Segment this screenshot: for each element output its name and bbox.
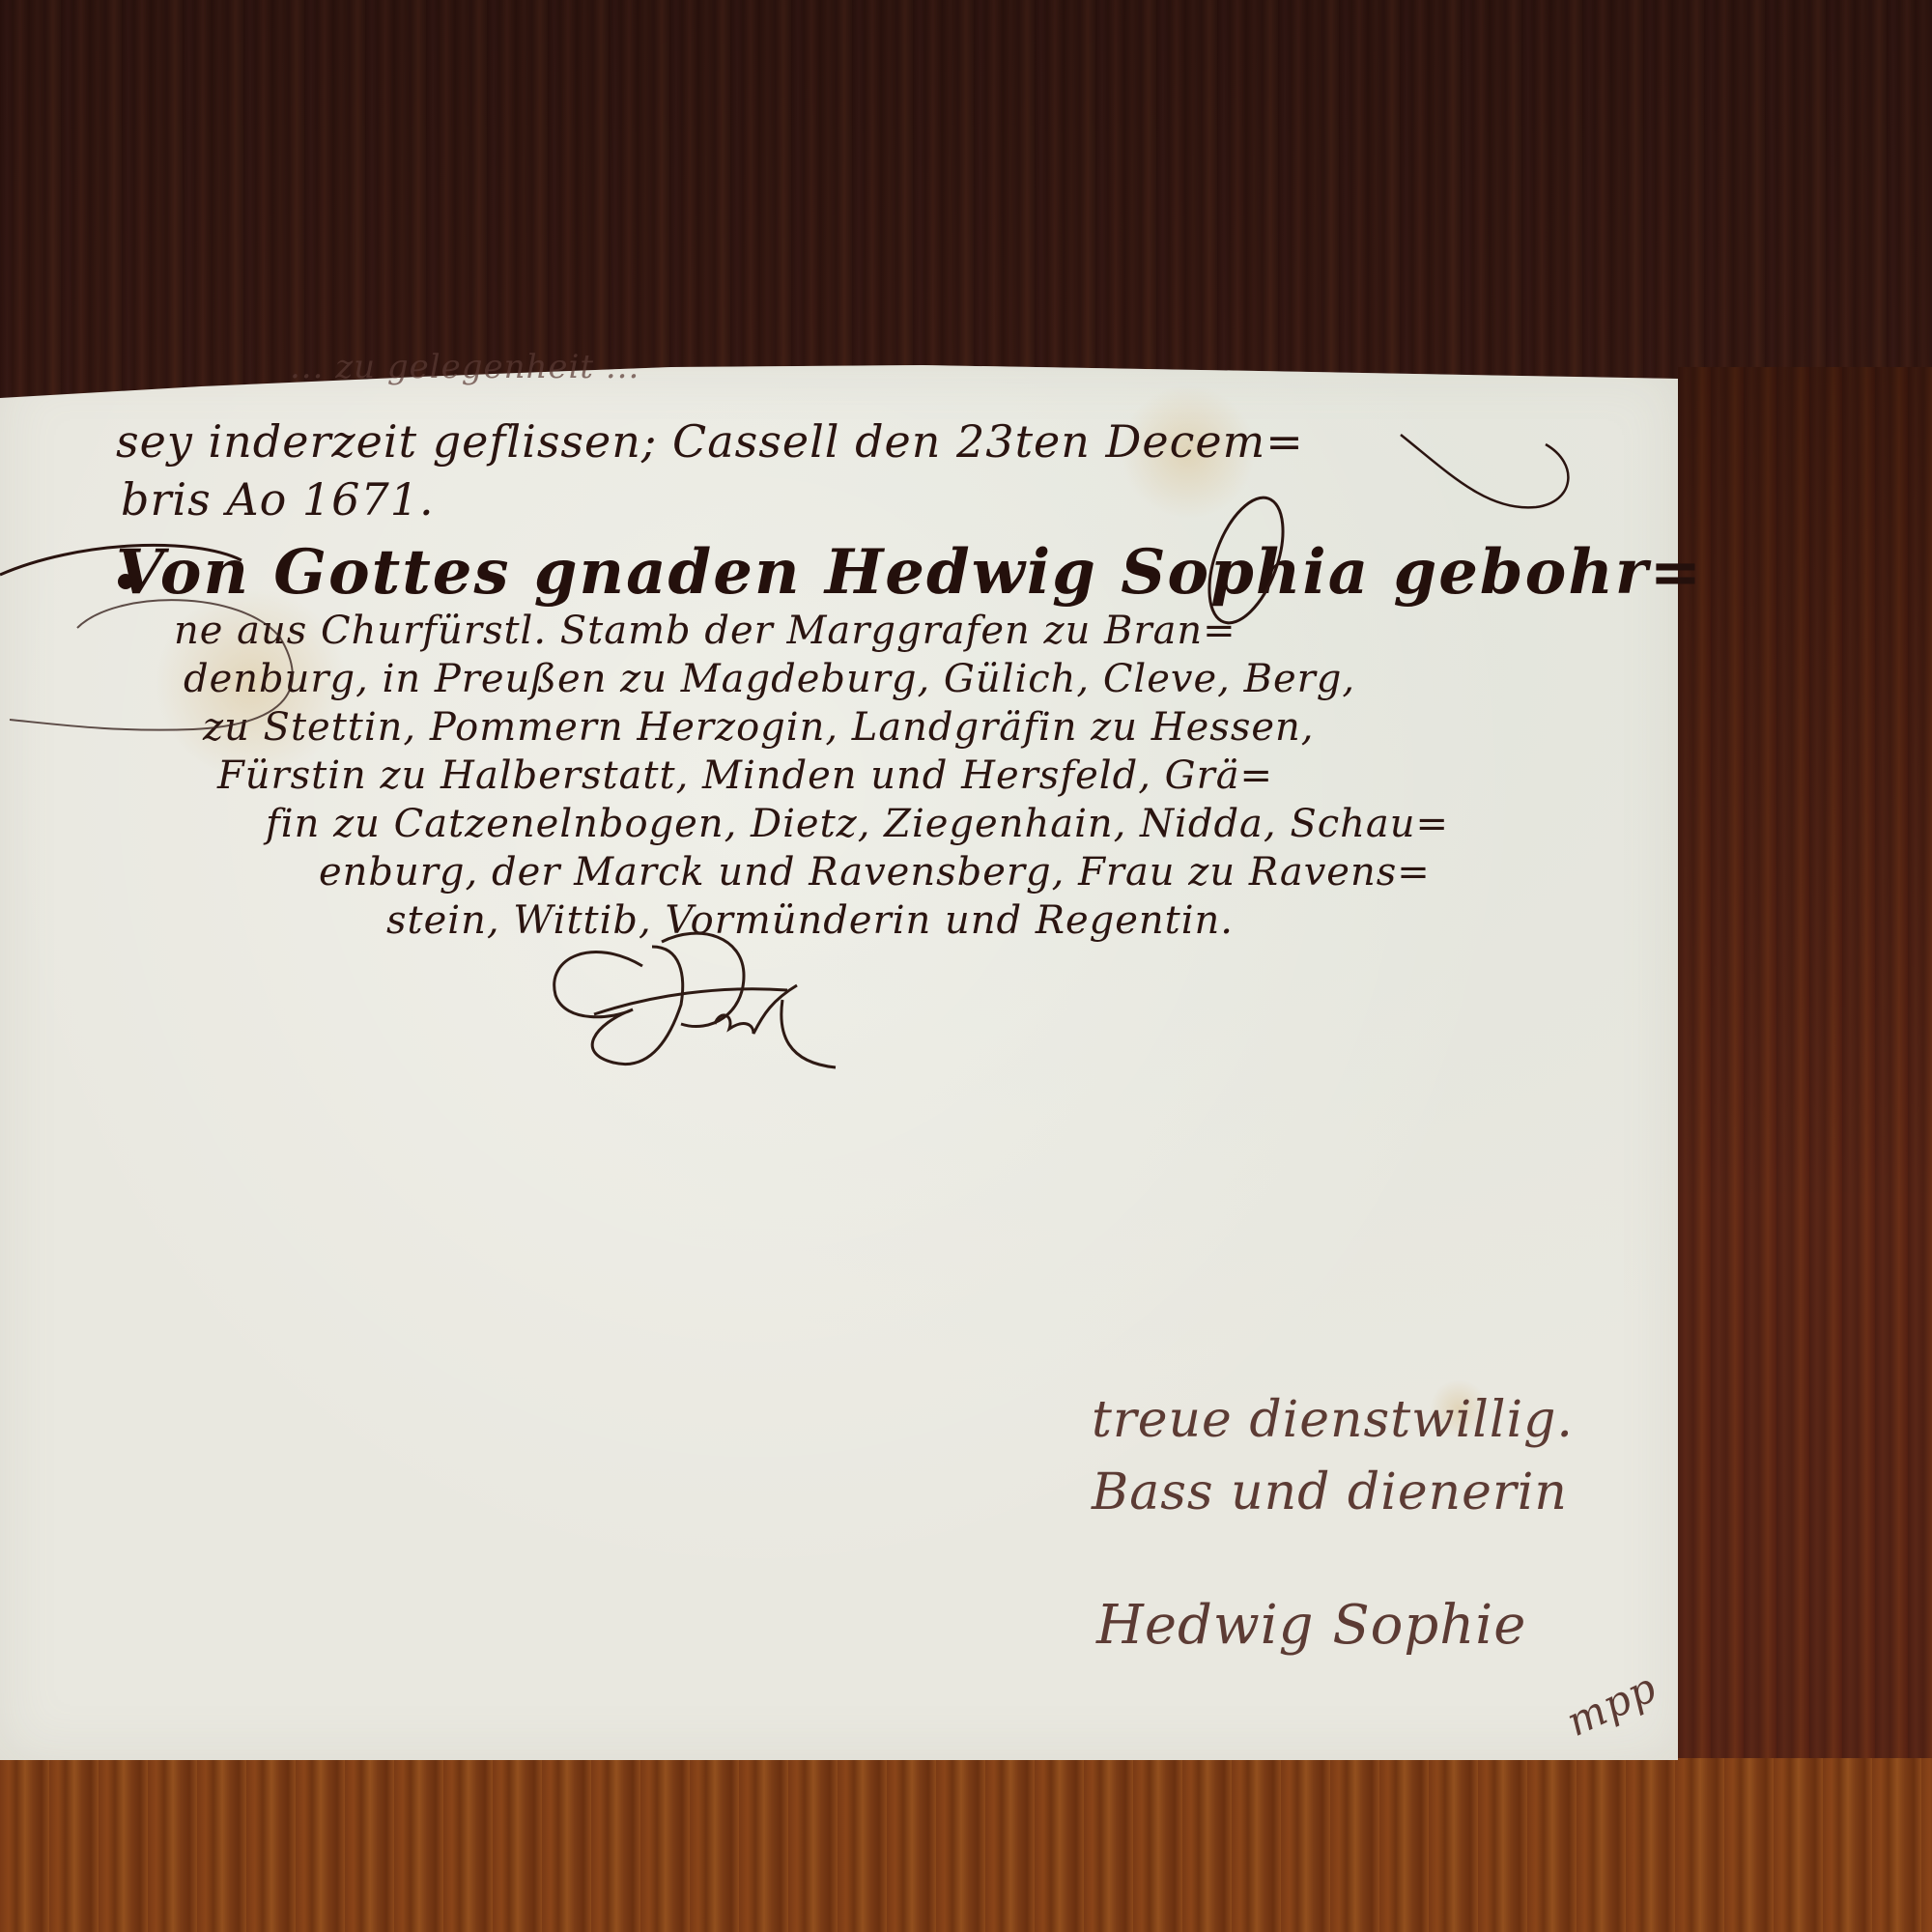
cut-off-top-line: ... zu gelegenheit ... xyxy=(290,348,639,386)
title-line-1: ne aus Churfürstl. Stamb der Marggrafen … xyxy=(174,609,1236,653)
signature-closing-line-1: treue dienstwillig. xyxy=(1092,1391,1574,1449)
closing-line-1: sey inderzeit geflissen; Cassell den 23t… xyxy=(116,415,1304,468)
signature: Hedwig Sophie xyxy=(1096,1594,1526,1657)
closing-line-2: bris Ao 1671. xyxy=(121,473,435,526)
title-line-7: stein, Wittib, Vormünderin und Regentin. xyxy=(386,898,1234,943)
title-line-6: enburg, der Marck und Ravensberg, Frau z… xyxy=(319,850,1431,895)
salutation-heading: Von Gottes gnaden Hedwig Sophia gebohr= xyxy=(116,536,1703,609)
wood-table-bottom xyxy=(0,1758,1932,1932)
title-line-4: Fürstin zu Halberstatt, Minden und Hersf… xyxy=(217,753,1273,798)
wood-table-right xyxy=(1678,367,1932,1768)
title-line-5: fin zu Catzenelnbogen, Dietz, Ziegenhain… xyxy=(266,802,1449,846)
title-line-3: zu Stettin, Pommern Herzogin, Landgräfin… xyxy=(203,705,1315,750)
signature-closing-line-2: Bass und dienerin xyxy=(1092,1463,1568,1521)
title-line-2: denburg, in Preußen zu Magdeburg, Gülich… xyxy=(184,657,1355,701)
